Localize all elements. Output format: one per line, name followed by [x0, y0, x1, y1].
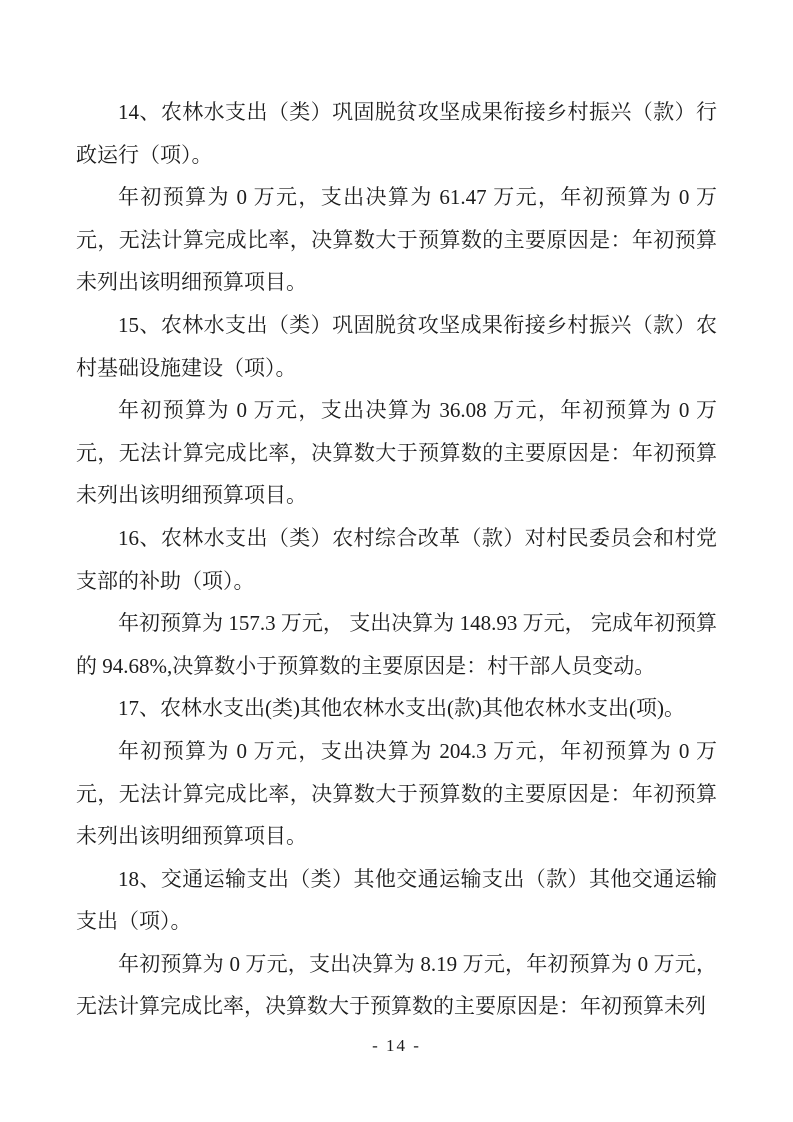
item-17-heading: 17、农林水支出(类)其他农林水支出(款)其他农林水支出(项)。: [76, 687, 717, 730]
item-14-detail: 年初预算为 0 万元，支出决算为 61.47 万元，年初预算为 0 万元，无法计…: [76, 176, 717, 304]
document-body: 14、农林水支出（类）巩固脱贫攻坚成果衔接乡村振兴（款）行政运行（项）。 年初预…: [76, 91, 717, 1028]
document-page: 14、农林水支出（类）巩固脱贫攻坚成果衔接乡村振兴（款）行政运行（项）。 年初预…: [0, 0, 793, 1122]
page-number: - 14 -: [372, 1036, 421, 1055]
page-footer: - 14 -: [0, 1036, 793, 1056]
item-16-heading: 16、农林水支出（类）农村综合改革（款）对村民委员会和村党支部的补助（项）。: [76, 517, 717, 602]
item-18-heading: 18、交通运输支出（类）其他交通运输支出（款）其他交通运输支出（项）。: [76, 858, 717, 943]
item-15-detail: 年初预算为 0 万元，支出决算为 36.08 万元，年初预算为 0 万元，无法计…: [76, 389, 717, 517]
item-14-heading: 14、农林水支出（类）巩固脱贫攻坚成果衔接乡村振兴（款）行政运行（项）。: [76, 91, 717, 176]
item-15-heading: 15、农林水支出（类）巩固脱贫攻坚成果衔接乡村振兴（款）农村基础设施建设（项）。: [76, 304, 717, 389]
item-16-detail: 年初预算为 157.3 万元， 支出决算为 148.93 万元， 完成年初预算的…: [76, 602, 717, 687]
item-18-detail: 年初预算为 0 万元，支出决算为 8.19 万元，年初预算为 0 万元，无法计算…: [76, 943, 717, 1028]
item-17-detail: 年初预算为 0 万元，支出决算为 204.3 万元，年初预算为 0 万元，无法计…: [76, 730, 717, 858]
